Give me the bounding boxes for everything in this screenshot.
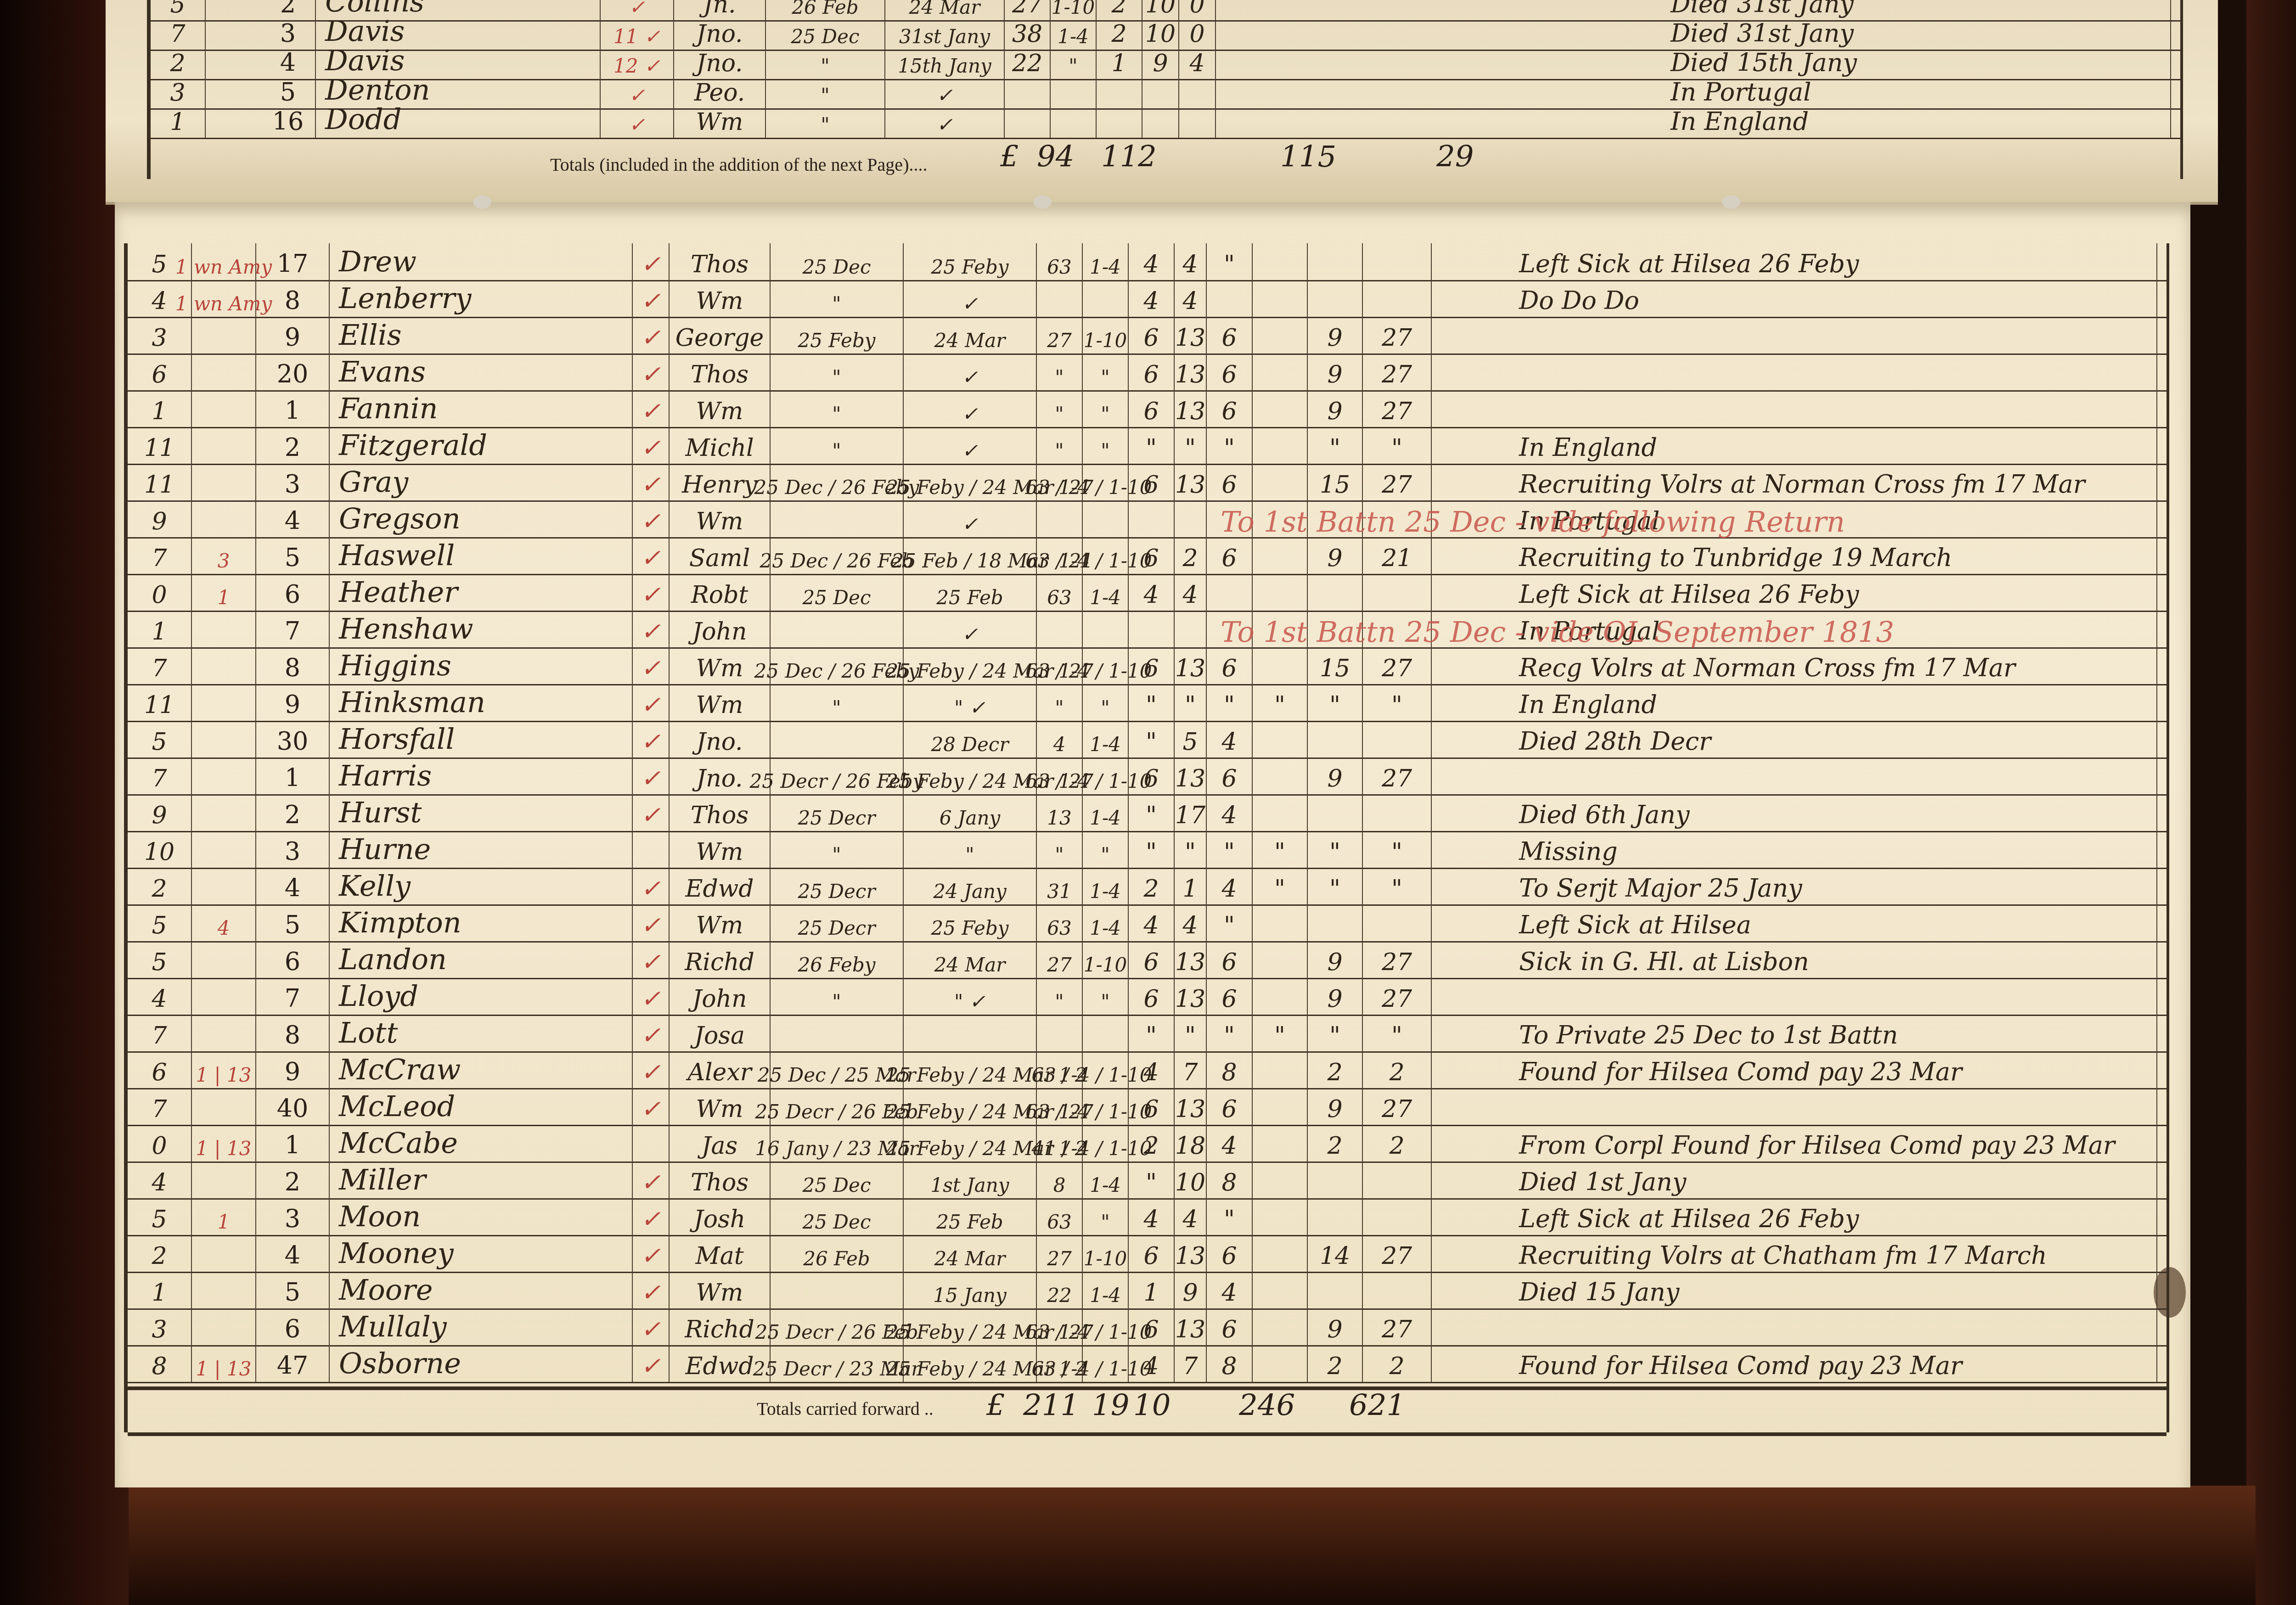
muster-count: 8 (128, 1345, 192, 1382)
pounds: 6 (1129, 390, 1175, 427)
red-ink-count (192, 941, 256, 978)
forename: Wm (670, 500, 771, 537)
column-b: 2 (1363, 1345, 1432, 1382)
column-b: " (1363, 831, 1432, 868)
from-date: 25 Decr (771, 904, 904, 941)
rate: " (1083, 1198, 1129, 1235)
pence (1207, 574, 1253, 611)
column-b: 27 (1363, 1308, 1432, 1345)
main-totals-pounds: 211 (1023, 1389, 1079, 1423)
to-date: ✓ (904, 611, 1037, 647)
ledger-row: 116Dodd✓Wm"✓In England (151, 108, 2180, 139)
column-b (1363, 721, 1432, 758)
from-date: " (771, 831, 904, 868)
pounds: 1 (1097, 50, 1142, 79)
red-ink-count: 1 wn Amy (192, 243, 256, 280)
rate (1083, 611, 1129, 647)
check-mark: ✓ (633, 1235, 670, 1272)
upper-totals-pence: 2 (1138, 140, 1157, 174)
muster-count: 3 (128, 1308, 192, 1345)
remark: Recruiting Volrs at Chatham fm 17 March (1514, 1235, 2157, 1272)
muster-count: 1 (128, 390, 192, 427)
column-c (1253, 537, 1308, 574)
pence: 6 (1207, 317, 1253, 354)
rate: 1-10 (1083, 1235, 1129, 1272)
soldier-number: 30 (256, 721, 330, 758)
rate: 1-4 / 1-10 (1083, 1051, 1129, 1088)
ledger-row: 78Lott✓Josa""""""To Private 25 Dec to 1s… (128, 1015, 2167, 1053)
forename: Peo. (674, 79, 766, 108)
to-date: 28 Decr (904, 721, 1037, 758)
days: 63 (1037, 904, 1083, 941)
red-ink-count (192, 354, 256, 390)
soldier-number: 20 (256, 354, 330, 390)
rate (1051, 79, 1097, 108)
column-b (1363, 574, 1432, 611)
muster-count: 1 (128, 611, 192, 647)
pence (1179, 108, 1216, 138)
muster-count: 5 (151, 0, 206, 20)
pounds: 4 (1129, 280, 1175, 317)
soldier-number: 6 (256, 574, 330, 611)
column-b (1363, 1272, 1432, 1308)
binding-stitch (1033, 195, 1052, 209)
forename: Thos (670, 794, 771, 831)
column-c: " (1253, 831, 1308, 868)
pence: 6 (1207, 354, 1253, 390)
days: 4 (1037, 721, 1083, 758)
pounds: " (1129, 427, 1175, 464)
ledger-row: 740McLeod✓Wm25 Decr / 26 Feb25 Feby / 24… (128, 1088, 2167, 1126)
column-a: 9 (1308, 390, 1363, 427)
ledger-row: 78Higgins✓Wm25 Dec / 26 Feby25 Feby / 24… (128, 647, 2167, 685)
check-mark: ✓ (633, 721, 670, 758)
ledger-row: 36Mullaly✓Richd25 Decr / 26 Feb25 Feby /… (128, 1308, 2167, 1347)
muster-count: 11 (128, 427, 192, 464)
column-c (1253, 390, 1308, 427)
column-b: 27 (1363, 390, 1432, 427)
check-mark: ✓ (633, 354, 670, 390)
check-mark: ✓ (633, 1051, 670, 1088)
muster-count: 7 (151, 20, 206, 50)
soldier-number: 1 (256, 390, 330, 427)
column-b: 27 (1363, 464, 1432, 500)
pence: 0 (1179, 20, 1216, 50)
pounds: 6 (1129, 464, 1175, 500)
remark: Left Sick at Hilsea (1514, 904, 2157, 941)
column-b: 27 (1363, 758, 1432, 794)
soldier-number: 6 (256, 1308, 330, 1345)
red-ink-count (192, 390, 256, 427)
shillings: 13 (1175, 1235, 1207, 1272)
days (1037, 280, 1083, 317)
muster-count: 3 (151, 79, 206, 108)
shillings (1175, 611, 1207, 647)
column-a: " (1308, 427, 1363, 464)
shillings: " (1175, 1015, 1207, 1051)
red-ink-count: 1 | 13 (192, 1125, 256, 1162)
pounds: 6 (1129, 758, 1175, 794)
ledger-row: 11Fannin✓Wm"✓""6136927 (128, 390, 2167, 428)
from-date (771, 1015, 904, 1051)
red-ink-count (192, 464, 256, 500)
main-totals-col-a: 246 (1239, 1389, 1295, 1423)
soldier-number: 4 (256, 1235, 330, 1272)
red-ink-count: 1 (192, 1198, 256, 1235)
muster-count: 7 (128, 1015, 192, 1051)
soldier-number: 2 (256, 427, 330, 464)
shillings: 9 (1175, 1272, 1207, 1308)
check-mark: ✓ (633, 500, 670, 537)
rate: 1-4 (1083, 721, 1129, 758)
ledger-row: 51 wn Amy17Drew✓Thos25 Dec25 Feby631-444… (128, 243, 2167, 281)
from-date: " (766, 108, 885, 138)
rate: 1-10 (1051, 0, 1097, 20)
column-a: " (1308, 831, 1363, 868)
to-date: ✓ (885, 79, 1005, 108)
book-binding-bottom (129, 1486, 2256, 1605)
soldier-number: 16 (261, 108, 316, 138)
days: 8 (1037, 1162, 1083, 1198)
surname: Moore (330, 1272, 633, 1308)
column-c: " (1253, 684, 1308, 721)
column-b: 27 (1363, 354, 1432, 390)
column-a: 9 (1308, 537, 1363, 574)
soldier-number: 40 (256, 1088, 330, 1125)
from-date (771, 611, 904, 647)
pounds: " (1129, 831, 1175, 868)
column-c (1253, 1051, 1308, 1088)
column-c (1253, 1162, 1308, 1198)
main-totals-col-b: 621 (1349, 1389, 1405, 1423)
column-c (1253, 721, 1308, 758)
to-date: ✓ (904, 354, 1037, 390)
from-date: 26 Feby (771, 941, 904, 978)
days: 22 (1005, 50, 1051, 79)
soldier-number: 2 (261, 0, 316, 20)
pounds: " (1129, 1015, 1175, 1051)
shillings: 13 (1175, 1088, 1207, 1125)
pence: 4 (1207, 1125, 1253, 1162)
red-ink-count: 1 wn Amy (192, 280, 256, 317)
column-a (1308, 574, 1363, 611)
muster-count: 10 (128, 831, 192, 868)
column-b (1363, 904, 1432, 941)
days (1037, 611, 1083, 647)
shillings: 13 (1175, 464, 1207, 500)
forename: Wm (670, 390, 771, 427)
column-b: 27 (1363, 1088, 1432, 1125)
remark (1514, 1308, 2157, 1345)
remark: Left Sick at Hilsea 26 Feby (1514, 1198, 2157, 1235)
rate: 1-10 (1083, 941, 1129, 978)
column-a (1308, 1272, 1363, 1308)
red-ink-count (192, 758, 256, 794)
forename: Edwd (670, 868, 771, 904)
muster-count: 9 (128, 794, 192, 831)
shillings: 4 (1175, 904, 1207, 941)
pounds: 6 (1129, 354, 1175, 390)
rate: 1-4 (1083, 794, 1129, 831)
soldier-number: 8 (256, 647, 330, 684)
forename: Josh (670, 1198, 771, 1235)
surname: Evans (330, 354, 633, 390)
check-mark: ✓ (633, 390, 670, 427)
shillings: 13 (1175, 978, 1207, 1015)
forename: Thos (670, 1162, 771, 1198)
soldier-number: 3 (256, 1198, 330, 1235)
remark: Died 31st Jany (1666, 0, 2171, 20)
from-date: 26 Feb (771, 1235, 904, 1272)
to-date: 25 Feby / 24 Mar (904, 1125, 1037, 1162)
from-date: 25 Dec / 26 Feb (771, 537, 904, 574)
column-b: 27 (1363, 647, 1432, 684)
pounds: 2 (1129, 868, 1175, 904)
days: " (1037, 831, 1083, 868)
to-date: 24 Mar (904, 941, 1037, 978)
surname: Haswell (330, 537, 633, 574)
remark: Found for Hilsea Comd pay 23 Mar (1514, 1345, 2157, 1382)
column-a: 14 (1308, 1235, 1363, 1272)
to-date: ✓ (904, 280, 1037, 317)
forename: John (670, 611, 771, 647)
surname: Hinksman (330, 684, 633, 721)
pence: 8 (1207, 1345, 1253, 1382)
shillings: 18 (1175, 1125, 1207, 1162)
from-date: " (771, 427, 904, 464)
ledger-row: 15Moore✓Wm15 Jany221-4194Died 15 Jany (128, 1272, 2167, 1310)
red-ink-count (192, 721, 256, 758)
to-date: 1st Jany (904, 1162, 1037, 1198)
rate: " (1083, 978, 1129, 1015)
pounds: 6 (1129, 537, 1175, 574)
remark (1514, 758, 2157, 794)
to-date: " ✓ (904, 684, 1037, 721)
column-a (1308, 794, 1363, 831)
ledger-row: 016Heather✓Robt25 Dec25 Feb631-444Left S… (128, 574, 2167, 612)
forename: Robt (670, 574, 771, 611)
ledger-row: 545Kimpton✓Wm25 Decr25 Feby631-444"Left … (128, 904, 2167, 943)
days: 63 (1037, 574, 1083, 611)
column-a: " (1308, 868, 1363, 904)
to-date: 25 Feby (904, 243, 1037, 280)
check-mark: ✓ (633, 941, 670, 978)
surname: Kimpton (330, 904, 633, 941)
main-totals-pence: 10 (1133, 1389, 1171, 1423)
pounds: " (1129, 794, 1175, 831)
muster-count: 0 (128, 574, 192, 611)
ledger-row: 530Horsfall✓Jno.28 Decr41-4"54Died 28th … (128, 721, 2167, 759)
days: " (1037, 684, 1083, 721)
check-mark: ✓ (601, 108, 674, 138)
check-mark: ✓ (601, 0, 674, 20)
days: 38 (1005, 20, 1051, 50)
surname: Horsfall (330, 721, 633, 758)
from-date: 25 Dec (771, 1162, 904, 1198)
check-mark: ✓ (633, 758, 670, 794)
muster-count: 7 (128, 1088, 192, 1125)
days: 31 (1037, 868, 1083, 904)
remark: From Corpl Found for Hilsea Comd pay 23 … (1514, 1125, 2157, 1162)
red-ink-count: 1 (192, 574, 256, 611)
pence: 6 (1207, 537, 1253, 574)
from-date (771, 500, 904, 537)
column-c (1253, 1088, 1308, 1125)
ledger-row: 24Mooney✓Mat26 Feb24 Mar271-1061361427Re… (128, 1235, 2167, 1273)
from-date: " (771, 390, 904, 427)
soldier-number: 5 (256, 537, 330, 574)
red-ink-count (192, 794, 256, 831)
to-date: 15th Jany (885, 50, 1005, 79)
red-ink-count (192, 868, 256, 904)
shillings: 4 (1175, 574, 1207, 611)
ledger-row: 42Miller✓Thos25 Dec1st Jany81-4"108Died … (128, 1162, 2167, 1200)
muster-count: 5 (128, 1198, 192, 1235)
to-date: 24 Mar (885, 0, 1005, 20)
pence: 0 (1179, 0, 1216, 20)
shillings: 7 (1175, 1051, 1207, 1088)
red-ink-count (192, 427, 256, 464)
shillings: 10 (1142, 20, 1179, 50)
to-date: 25 Feby / 24 Mar (904, 1051, 1037, 1088)
soldier-number: 5 (256, 1272, 330, 1308)
column-a: 9 (1308, 1308, 1363, 1345)
remark (1514, 317, 2157, 354)
column-a (1308, 243, 1363, 280)
remark: Recg Volrs at Norman Cross fm 17 Mar (1514, 647, 2157, 684)
soldier-number: 17 (256, 243, 330, 280)
check-mark: ✓ (633, 1198, 670, 1235)
pounds: 4 (1129, 904, 1175, 941)
surname: Hurne (330, 831, 633, 868)
from-date: " (766, 79, 885, 108)
main-totals-label: Totals carried forward .. (757, 1398, 934, 1420)
remark: Left Sick at Hilsea 26 Feby (1514, 574, 2157, 611)
from-date: 25 Decr / 26 Feb (771, 1088, 904, 1125)
book-binding-right (2246, 0, 2296, 1605)
remark (1514, 1088, 2157, 1125)
to-date: ✓ (885, 108, 1005, 138)
pounds: " (1129, 1162, 1175, 1198)
check-mark: ✓ (633, 464, 670, 500)
surname: Fannin (330, 390, 633, 427)
column-c (1253, 574, 1308, 611)
check-mark: ✓ (633, 684, 670, 721)
column-c (1253, 1235, 1308, 1272)
check-mark: ✓ (633, 1015, 670, 1051)
muster-count: 4 (128, 1162, 192, 1198)
to-date: 25 Feby / 24 Mar (904, 1345, 1037, 1382)
ledger-row: 73Davis11 ✓Jno.25 Dec31st Jany381-42100D… (151, 20, 2180, 51)
days (1005, 79, 1051, 108)
soldier-number: 47 (256, 1345, 330, 1382)
days: 27 (1037, 317, 1083, 354)
column-c (1253, 280, 1308, 317)
pence: 6 (1207, 647, 1253, 684)
column-b: 27 (1363, 1235, 1432, 1272)
red-ink-count (192, 1308, 256, 1345)
forename: Josa (670, 1015, 771, 1051)
soldier-number: 7 (256, 978, 330, 1015)
column-c (1253, 1272, 1308, 1308)
forename: Mat (670, 1235, 771, 1272)
surname: McCabe (330, 1125, 633, 1162)
rate: 1-4 / 1-10 (1083, 1345, 1129, 1382)
from-date: " (771, 280, 904, 317)
to-date: 25 Feby (904, 904, 1037, 941)
to-date: 25 Feby / 24 Mar (904, 464, 1037, 500)
shillings: 4 (1175, 280, 1207, 317)
column-c (1253, 427, 1308, 464)
rate: 1-4 / 1-10 (1083, 1088, 1129, 1125)
ledger-row: 113Gray✓Henry25 Dec / 26 Feby25 Feby / 2… (128, 464, 2167, 502)
muster-count: 6 (128, 1051, 192, 1088)
remark: Died 28th Decr (1514, 721, 2157, 758)
main-page: 51 wn Amy17Drew✓Thos25 Dec25 Feby631-444… (115, 202, 2190, 1487)
soldier-number: 2 (256, 794, 330, 831)
ledger-row: 56Landon✓Richd26 Feby24 Mar271-106136927… (128, 941, 2167, 979)
check-mark: ✓ (633, 647, 670, 684)
surname: Harris (330, 758, 633, 794)
forename: Wm (670, 1272, 771, 1308)
column-b: 21 (1363, 537, 1432, 574)
check-mark: ✓ (633, 537, 670, 574)
muster-count: 2 (128, 868, 192, 904)
pounds: 4 (1129, 1198, 1175, 1235)
remark: Died 15 Jany (1514, 1272, 2157, 1308)
check-mark: ✓ (633, 1162, 670, 1198)
days: " (1037, 390, 1083, 427)
column-b (1363, 1198, 1432, 1235)
days: 63 (1037, 243, 1083, 280)
forename: Jno. (670, 721, 771, 758)
muster-count: 4 (128, 978, 192, 1015)
column-a: 2 (1308, 1345, 1363, 1382)
remark: Died 15th Jany (1666, 50, 2171, 79)
check-mark (633, 831, 670, 868)
remark (1514, 354, 2157, 390)
shillings: 7 (1175, 1345, 1207, 1382)
to-date: 25 Feb / 18 Mar (904, 537, 1037, 574)
days: 13 (1037, 794, 1083, 831)
check-mark: 12 ✓ (601, 50, 674, 79)
pence: 6 (1207, 1088, 1253, 1125)
red-ink-count: 1 | 13 (192, 1051, 256, 1088)
pounds: 6 (1129, 1308, 1175, 1345)
surname: McLeod (330, 1088, 633, 1125)
ledger-row: 39Ellis✓George25 Feby24 Mar271-106136927 (128, 317, 2167, 355)
remark: Found for Hilsea Comd pay 23 Mar (1514, 1051, 2157, 1088)
column-c (1253, 647, 1308, 684)
column-c (1253, 354, 1308, 390)
shillings: 1 (1175, 868, 1207, 904)
check-mark: ✓ (633, 1272, 670, 1308)
red-ink-count (192, 1015, 256, 1051)
ledger-row: 35Denton✓Peo."✓In Portugal (151, 79, 2180, 110)
upper-totals-label: Totals (included in the addition of the … (550, 154, 927, 175)
column-a: 9 (1308, 317, 1363, 354)
rate: 1-4 (1083, 574, 1129, 611)
soldier-number: 9 (256, 1051, 330, 1088)
check-mark: ✓ (633, 243, 670, 280)
rate (1051, 108, 1097, 138)
check-mark: ✓ (633, 611, 670, 647)
ledger-row: 81 | 1347Osborne✓Edwd25 Decr / 23 Mar25 … (128, 1345, 2167, 1383)
from-date: 25 Decr / 26 Feby (771, 758, 904, 794)
muster-count: 9 (128, 500, 192, 537)
from-date: 26 Feb (766, 0, 885, 20)
remark: Died 1st Jany (1514, 1162, 2157, 1198)
